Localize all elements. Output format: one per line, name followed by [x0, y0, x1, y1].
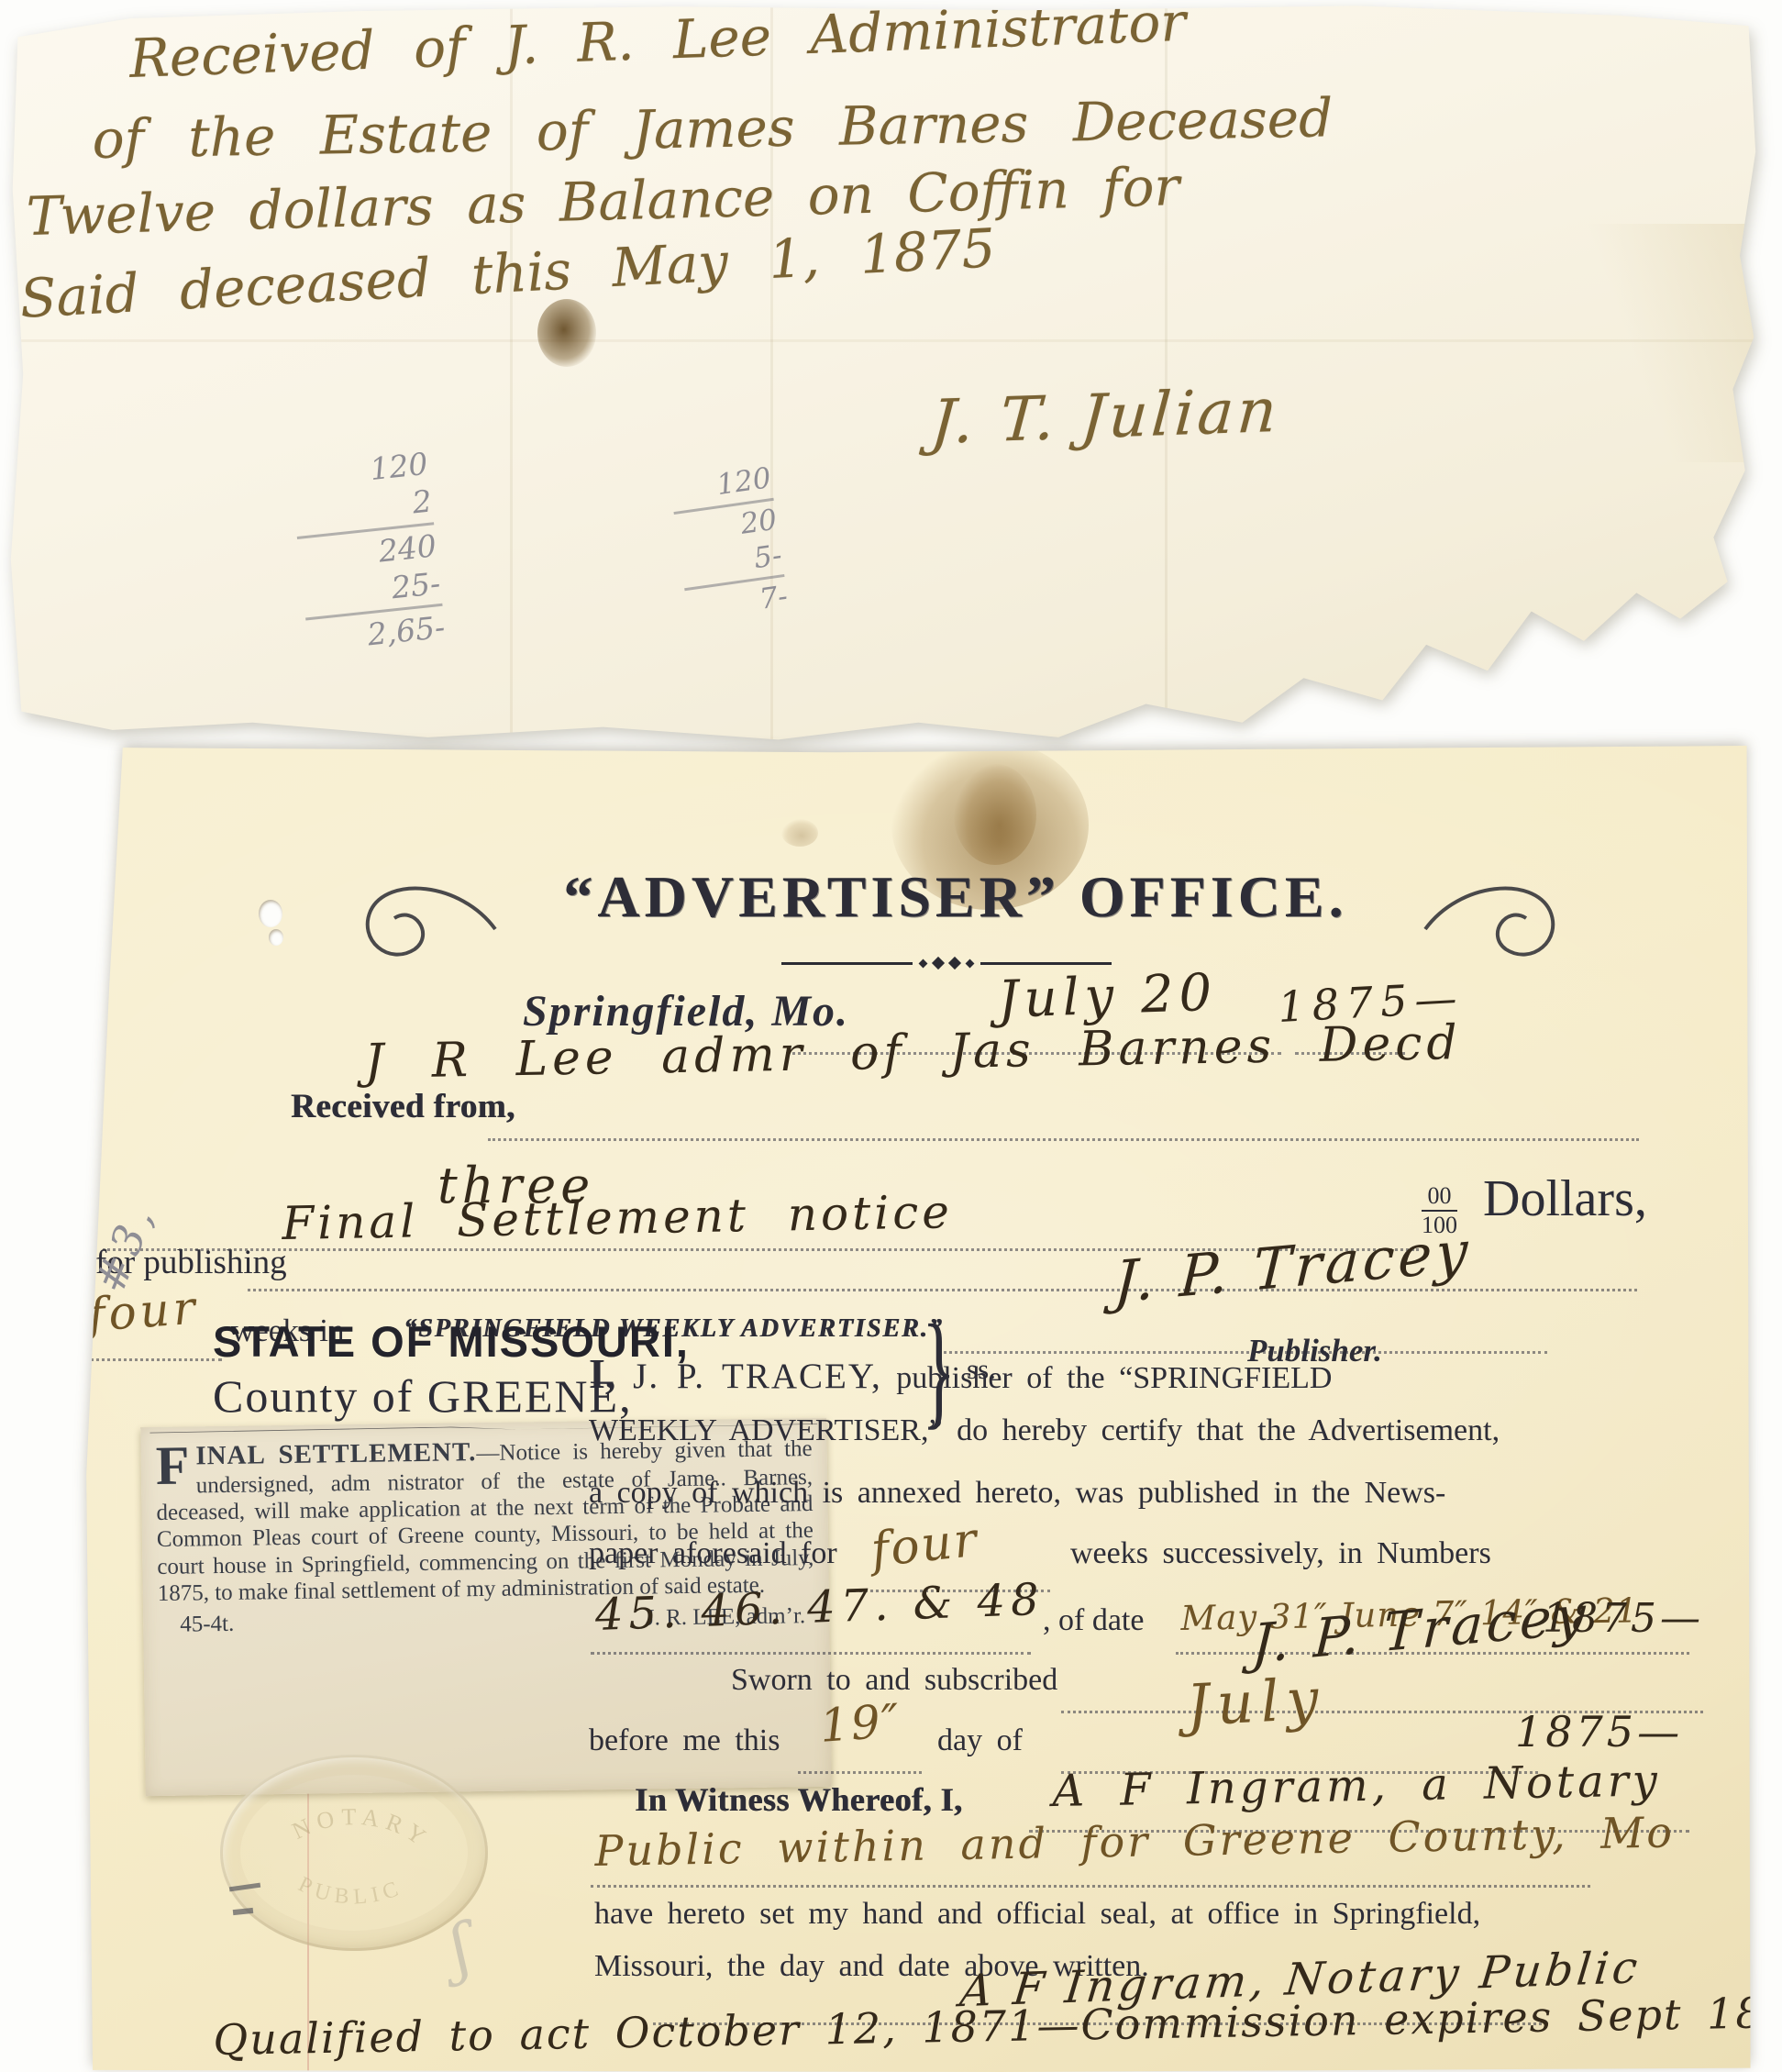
svg-text:PUBLIC: PUBLIC — [294, 1872, 406, 1909]
cert-publisher-name: J. P. TRACEY, — [615, 1357, 881, 1396]
before-day-handwritten: 19″ — [818, 1694, 902, 1753]
received-from-rule — [488, 1138, 1639, 1141]
seal-text-top: NOTARY — [288, 1803, 436, 1854]
witness-rule-2 — [591, 1885, 1590, 1888]
stain — [781, 819, 818, 847]
diamond-ornament — [919, 958, 928, 968]
cert-line-2: WEEKLY ADVERTISER,” do hereby certify th… — [589, 1413, 1500, 1448]
pencil-math-left: 120 2 240 25- 2,65- — [289, 445, 447, 660]
cert-of-date: , of date — [1043, 1603, 1144, 1638]
receipt-line: Received of J. R. Lee Administrator — [128, 0, 1187, 90]
header-flourish-right — [1423, 874, 1570, 975]
stain — [954, 764, 1036, 865]
before-label-2: day of — [937, 1723, 1023, 1758]
receipt-paper-wrap: Received of J. R. Lee Administrator of t… — [0, 0, 1782, 761]
witness-line-3: have hereto set my hand and official sea… — [594, 1897, 1480, 1932]
pencil-math-right: 120 20 5- 7- — [669, 460, 790, 628]
form-paper-wrap: “ADVERTISER” OFFICE. Springfield, Mo. Ju… — [0, 706, 1782, 2072]
cents-numerator: 00 — [1422, 1184, 1457, 1212]
receipt-line: Twelve dollars as Balance on Coffin for — [26, 155, 1180, 248]
header-divider — [781, 958, 1112, 968]
punch-hole — [259, 900, 282, 927]
publisher-signature: J. P. Tracey — [1112, 1217, 1473, 1316]
form-title: “ADVERTISER” OFFICE. — [479, 863, 1433, 931]
clipping-text: FINAL SETTLEMENT.—Notice is hereby given… — [140, 1431, 828, 1608]
cert-line-1: I, J. P. TRACEY, publisher of the “SPRIN… — [589, 1349, 1332, 1398]
cert-initial: I, — [589, 1350, 615, 1397]
cert-line4-prefix: paper aforesaid for — [589, 1536, 837, 1570]
cert-line-3: a copy of which is annexed hereto, was p… — [589, 1476, 1445, 1511]
diamond-ornament — [932, 957, 945, 970]
fold-corner — [1557, 224, 1759, 462]
header-flourish-left — [350, 874, 497, 975]
before-day-rule — [798, 1771, 922, 1774]
before-month-handwritten: July — [1185, 1665, 1327, 1739]
diamond-ornament — [966, 958, 975, 968]
punch-hole — [269, 929, 283, 946]
witness-label: In Witness Whereof, I, — [635, 1780, 962, 1819]
receipt-signature: J. T. Julian — [929, 375, 1283, 459]
fold-crease — [7, 339, 1759, 342]
weeks-count-handwritten: four — [86, 1281, 200, 1342]
received-from-label: Received from, — [291, 1087, 515, 1126]
clipping-title: FINAL SETTLEMENT. — [195, 1437, 477, 1470]
divider-bar — [980, 962, 1112, 965]
cert-line4-rest: weeks successively, in Numbers — [1070, 1536, 1491, 1571]
sworn-label: Sworn to and subscribed — [731, 1663, 1057, 1698]
divider-bar — [781, 962, 913, 965]
dollars-label: Dollars, — [1483, 1169, 1647, 1228]
before-year-handwritten: 1875— — [1515, 1707, 1683, 1756]
cert-line1-rest: publisher of the “SPRINGFIELD — [882, 1361, 1333, 1395]
svg-text:NOTARY: NOTARY — [288, 1803, 436, 1854]
scanned-document-page: Received of J. R. Lee Administrator of t… — [0, 0, 1782, 2072]
cert-weeks-handwritten: four — [869, 1512, 981, 1579]
seal-text-bottom: PUBLIC — [294, 1872, 406, 1909]
before-label-1: before me this — [589, 1723, 780, 1758]
county-line: County of GREENE, — [213, 1369, 633, 1423]
form-paper: “ADVERTISER” OFFICE. Springfield, Mo. Ju… — [84, 746, 1752, 2072]
diamond-ornament — [948, 957, 961, 970]
ink-blot — [537, 299, 596, 367]
publishing-handwritten: Final Settlement notice — [282, 1185, 953, 1250]
cert-numbers-rule — [591, 1652, 1031, 1655]
publishing-rule — [248, 1289, 1637, 1291]
clipping-ref: 45-4t. — [180, 1612, 234, 1638]
weeks-rule — [84, 1358, 222, 1361]
receipt-paper: Received of J. R. Lee Administrator of t… — [7, 4, 1759, 745]
cert-line-4: paper aforesaid for — [589, 1536, 837, 1571]
witness-handwritten-1: A F Ingram, a Notary — [1052, 1755, 1661, 1817]
